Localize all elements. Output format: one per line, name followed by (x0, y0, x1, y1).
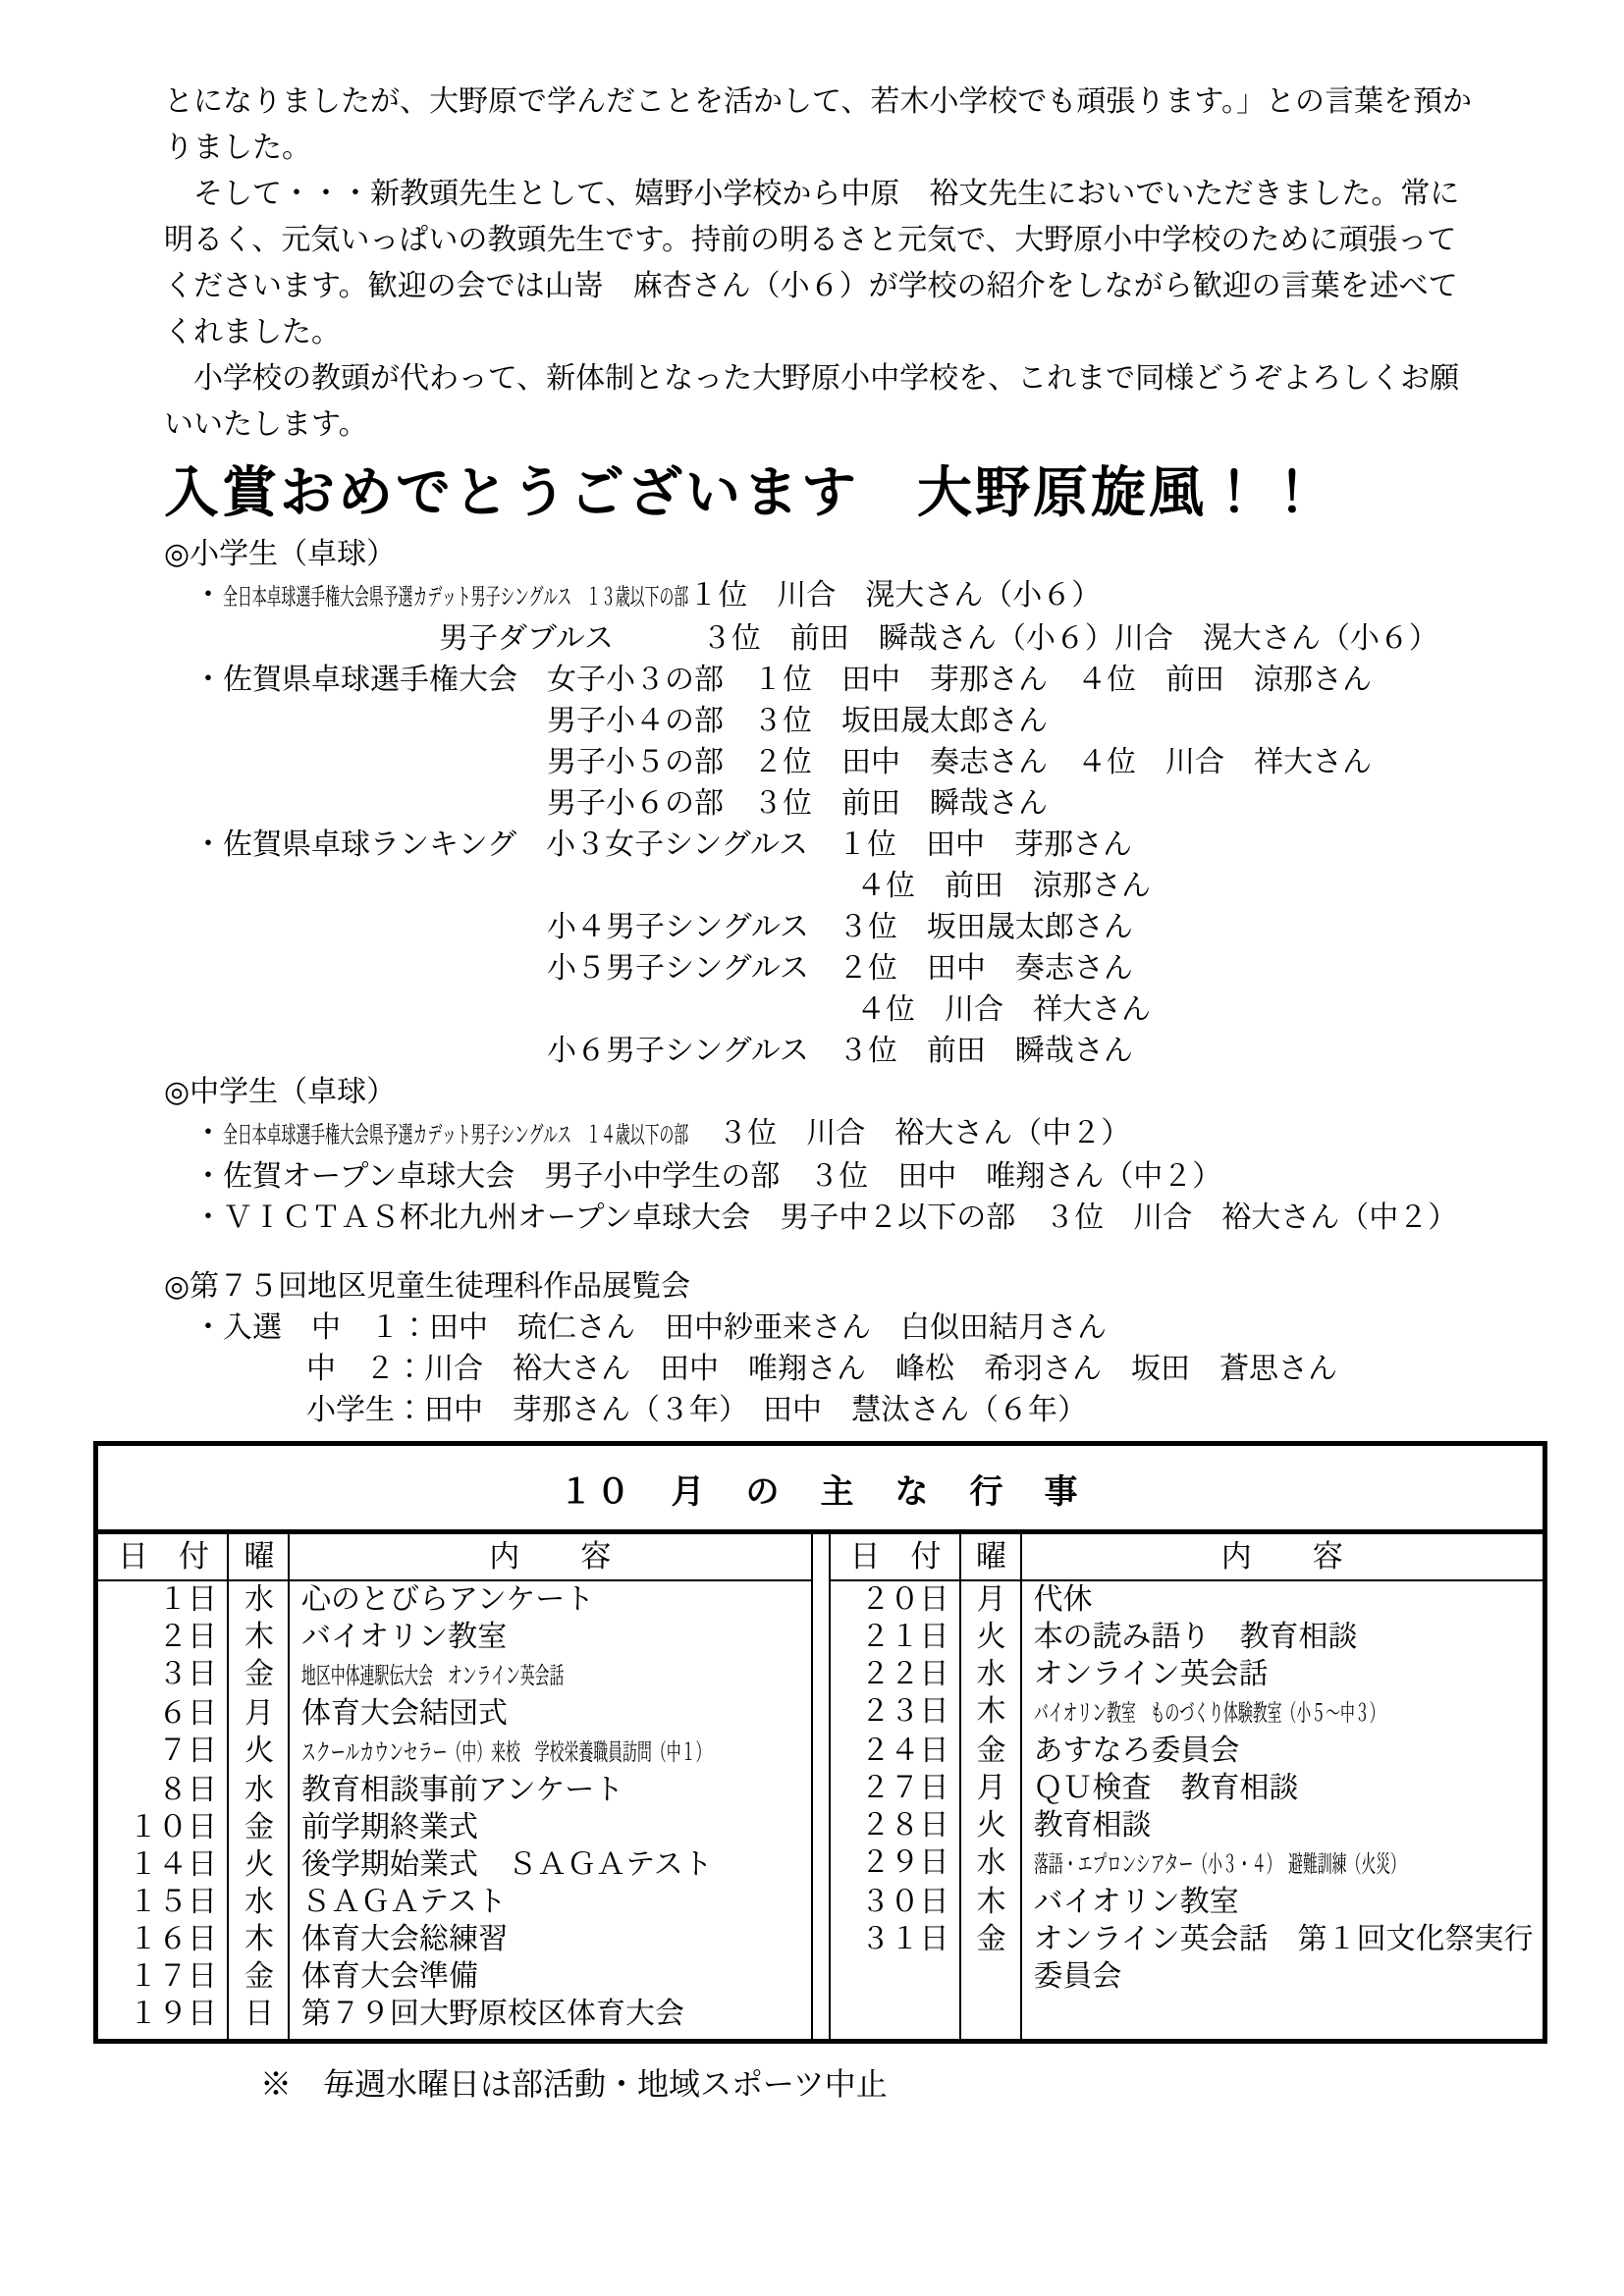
content-cell: ＳＡＧＡテスト (290, 1884, 811, 1921)
event-row: ２８日火教育相談 (831, 1807, 1543, 1844)
date-column-header: 日 付 (831, 1534, 961, 1579)
column-divider (227, 1534, 229, 2039)
events-right-header: 日 付 曜 内 容 (831, 1534, 1543, 1581)
column-divider (1020, 1534, 1022, 2039)
content-cell: 体育大会結団式 (290, 1695, 811, 1733)
award-line: ・佐賀県卓球選手権大会 女子小３の部 １位 田中 芽那さん ４位 前田 涼那さん (193, 660, 1526, 701)
event-row: ８日水教育相談事前アンケート (98, 1772, 811, 1809)
event-row: １日水心のとびらアンケート (98, 1581, 811, 1619)
content-column-header: 内 容 (290, 1534, 811, 1579)
date-cell: ７日 (98, 1733, 229, 1772)
text-span: 中 ２：川合 裕大さん 田中 唯翔さん 峰松 希羽さん 坂田 蒼思さん (306, 1353, 1337, 1385)
day-cell: 日 (229, 1996, 290, 2033)
text-span: ３位 川合 裕大さん（中２） (688, 1117, 1130, 1149)
date-cell: ２２日 (831, 1656, 961, 1693)
paragraph-line: くれました。 (164, 309, 1526, 355)
text-span: ４位 川合 祥大さん (856, 993, 1151, 1026)
award-line: 男子小４の部 ３位 坂田晟太郎さん (547, 701, 1526, 742)
paragraph-line: くださいます。歓迎の会では山嵜 麻杏さん（小６）が学校の紹介をしながら歓迎の言葉… (164, 263, 1526, 309)
text-span: 男子小４の部 ３位 坂田晟太郎さん (547, 705, 1048, 737)
award-line: 小６男子シングルス ３位 前田 瞬哉さん (547, 1031, 1526, 1072)
events-left-half: 日 付 曜 内 容 １日水心のとびらアンケート２日木バイオリン教室３日金地区中体… (98, 1534, 813, 2039)
day-cell: 火 (961, 1807, 1022, 1844)
award-line: ・ＶＩＣＴＡＳ杯北九州オープン卓球大会 男子中２以下の部 ３位 川合 裕大さん（… (193, 1198, 1526, 1239)
condensed-text: 全日本卓球選手権大会県予選カデット男子シングルス １４歳以下の部 (223, 1115, 688, 1156)
day-cell: 木 (961, 1884, 1022, 1921)
date-cell: １４日 (98, 1846, 229, 1884)
condensed-text: 全日本卓球選手権大会県予選カデット男子シングルス １３歳以下の部 (223, 577, 688, 618)
content-cell: オンライン英会話 第１回文化祭実行委員会 (1022, 1921, 1543, 1996)
date-cell: ２０日 (831, 1581, 961, 1619)
content-cell: 体育大会準備 (290, 1958, 811, 1996)
date-cell: ２１日 (831, 1619, 961, 1656)
date-cell: １９日 (98, 1996, 229, 2033)
day-cell: 木 (961, 1693, 1022, 1733)
award-line: 男子小５の部 ２位 田中 奏志さん ４位 川合 祥大さん (547, 742, 1526, 783)
condensed-text: 地区中体連駅伝大会 オンライン英会話 (301, 1658, 564, 1695)
content-column-header: 内 容 (1022, 1534, 1543, 1579)
event-row: ２４日金あすなろ委員会 (831, 1733, 1543, 1770)
paragraph-line: 小学校の教頭が代わって、新体制となった大野原小中学校を、これまで同様どうぞよろし… (164, 355, 1526, 401)
text-span: 小４男子シングルス ３位 坂田晟太郎さん (547, 911, 1133, 943)
event-row: ２０日月代休 (831, 1581, 1543, 1619)
section-heading: ◎第７５回地区児童生徒理科作品展覧会 (164, 1266, 1526, 1308)
day-cell: 金 (961, 1733, 1022, 1770)
award-line: ・佐賀県卓球ランキング 小３女子シングルス １位 田中 芽那さん (193, 825, 1526, 866)
text-span: 小６男子シングルス ３位 前田 瞬哉さん (547, 1035, 1133, 1067)
text-span: 男子小６の部 ３位 前田 瞬哉さん (547, 787, 1048, 820)
text-span: 男子ダブルス ３位 前田 瞬哉さん（小６）川合 滉大さん（小６） (439, 622, 1438, 655)
event-row: ２２日水オンライン英会話 (831, 1656, 1543, 1693)
event-row: ２３日木バイオリン教室 ものづくり体験教室（小５～中３） (831, 1693, 1543, 1733)
day-cell: 火 (961, 1619, 1022, 1656)
day-cell: 水 (961, 1844, 1022, 1884)
day-cell: 火 (229, 1733, 290, 1772)
day-cell: 水 (229, 1772, 290, 1809)
content-cell: あすなろ委員会 (1022, 1733, 1543, 1770)
event-row: １９日日第７９回大野原校区体育大会 (98, 1996, 811, 2033)
content-cell: 体育大会総練習 (290, 1921, 811, 1958)
date-cell: ２３日 (831, 1693, 961, 1733)
content-cell: 前学期終業式 (290, 1809, 811, 1846)
day-cell: 金 (229, 1809, 290, 1846)
events-table: １０ 月 の 主 な 行 事 日 付 曜 内 容 １日水心のとびらアンケート２日… (93, 1441, 1547, 2044)
text-span: 男子小５の部 ２位 田中 奏志さん ４位 川合 祥大さん (547, 746, 1372, 778)
text-span: ・佐賀県卓球ランキング 小３女子シングルス １位 田中 芽那さん (193, 828, 1132, 861)
text-span: ◎第７５回地区児童生徒理科作品展覧会 (164, 1270, 690, 1303)
award-line: ・入選 中 １：田中 琉仁さん 田中紗亜来さん 白似田結月さん (193, 1308, 1526, 1349)
event-row: ２７日月ＱＵ検査 教育相談 (831, 1770, 1543, 1807)
intro-paragraphs: とになりましたが、大野原で学んだことを活かして、若木小学校でも頑張ります。」との… (164, 79, 1526, 448)
event-row: １０日金前学期終業式 (98, 1809, 811, 1846)
event-row: ７日火スクールカウンセラー（中）来校 学校栄養職員訪問（中１） (98, 1733, 811, 1772)
day-cell: 水 (229, 1581, 290, 1619)
award-line: ・佐賀オープン卓球大会 男子小中学生の部 ３位 田中 唯翔さん（中２） (193, 1156, 1526, 1198)
day-cell: 金 (229, 1656, 290, 1695)
section-heading: ◎小学生（卓球） (164, 534, 1526, 575)
content-cell: 教育相談事前アンケート (290, 1772, 811, 1809)
date-cell: ３１日 (831, 1921, 961, 1996)
newsletter-page: とになりましたが、大野原で学んだことを活かして、若木小学校でも頑張ります。」との… (0, 0, 1624, 2296)
paragraph-line: とになりましたが、大野原で学んだことを活かして、若木小学校でも頑張ります。」との… (164, 79, 1526, 125)
award-line: 男子小６の部 ３位 前田 瞬哉さん (547, 783, 1526, 825)
condensed-text: 落語・エプロンシアター（小３・４） 避難訓練（火災） (1034, 1846, 1405, 1884)
event-row: ３０日木バイオリン教室 (831, 1884, 1543, 1921)
date-cell: ３日 (98, 1656, 229, 1695)
text-span: １位 川合 滉大さん（小６） (688, 579, 1101, 612)
column-divider (959, 1534, 961, 2039)
content-cell: 本の読み語り 教育相談 (1022, 1619, 1543, 1656)
content-cell: ＱＵ検査 教育相談 (1022, 1770, 1543, 1807)
condensed-text: バイオリン教室 ものづくり体験教室（小５～中３） (1034, 1695, 1384, 1733)
text-span: ・ (193, 579, 223, 612)
event-row: ６日月体育大会結団式 (98, 1695, 811, 1733)
date-cell: ２日 (98, 1619, 229, 1656)
events-table-title: １０ 月 の 主 な 行 事 (98, 1446, 1543, 1534)
date-cell: １７日 (98, 1958, 229, 1996)
award-line: 男子ダブルス ３位 前田 瞬哉さん（小６）川合 滉大さん（小６） (439, 618, 1526, 660)
date-cell: ８日 (98, 1772, 229, 1809)
date-cell: １５日 (98, 1884, 229, 1921)
text-span: 小学生：田中 芽那さん（３年） 田中 慧汰さん（６年） (306, 1394, 1087, 1426)
event-row: ３日金地区中体連駅伝大会 オンライン英会話 (98, 1656, 811, 1695)
footnote: ※ 毎週水曜日は部活動・地域スポーツ中止 (260, 2059, 1526, 2105)
award-line: 中 ２：川合 裕大さん 田中 唯翔さん 峰松 希羽さん 坂田 蒼思さん (306, 1349, 1526, 1390)
day-cell: 月 (229, 1695, 290, 1733)
award-line: ・全日本卓球選手権大会県予選カデット男子シングルス １４歳以下の部 ３位 川合 … (193, 1113, 1526, 1156)
date-cell: ２９日 (831, 1844, 961, 1884)
event-row: １４日火後学期始業式 ＳＡＧＡテスト (98, 1846, 811, 1884)
day-column-header: 曜 (229, 1534, 290, 1579)
paragraph-line: りました。 (164, 125, 1526, 171)
day-cell: 木 (229, 1921, 290, 1958)
text-span: ４位 前田 涼那さん (856, 870, 1151, 902)
event-row: ２日木バイオリン教室 (98, 1619, 811, 1656)
day-cell: 火 (229, 1846, 290, 1884)
event-row: ３１日金オンライン英会話 第１回文化祭実行委員会 (831, 1921, 1543, 1996)
date-cell: ２８日 (831, 1807, 961, 1844)
text-span: ・佐賀県卓球選手権大会 女子小３の部 １位 田中 芽那さん ４位 前田 涼那さん (193, 664, 1372, 696)
events-left-header: 日 付 曜 内 容 (98, 1534, 811, 1581)
text-span: ・ＶＩＣＴＡＳ杯北九州オープン卓球大会 男子中２以下の部 ３位 川合 裕大さん（… (193, 1201, 1457, 1234)
content-cell: 地区中体連駅伝大会 オンライン英会話 (290, 1656, 811, 1695)
event-row: １５日水ＳＡＧＡテスト (98, 1884, 811, 1921)
content-cell: 後学期始業式 ＳＡＧＡテスト (290, 1846, 811, 1884)
column-divider (288, 1534, 290, 2039)
text-span: ◎小学生（卓球） (164, 538, 396, 570)
text-span: ・入選 中 １：田中 琉仁さん 田中紗亜来さん 白似田結月さん (193, 1311, 1107, 1344)
content-cell: バイオリン教室 (1022, 1884, 1543, 1921)
content-cell: バイオリン教室 ものづくり体験教室（小５～中３） (1022, 1693, 1543, 1733)
text-span: ・ (193, 1117, 223, 1149)
award-line: ・全日本卓球選手権大会県予選カデット男子シングルス １３歳以下の部１位 川合 滉… (193, 575, 1526, 618)
paragraph-line: そして・・・新教頭先生として、嬉野小学校から中原 裕文先生においでいただきました… (164, 171, 1526, 217)
day-cell: 金 (229, 1958, 290, 1996)
date-cell: １６日 (98, 1921, 229, 1958)
text-span: ・佐賀オープン卓球大会 男子小中学生の部 ３位 田中 唯翔さん（中２） (193, 1160, 1221, 1193)
event-row: ２９日水落語・エプロンシアター（小３・４） 避難訓練（火災） (831, 1844, 1543, 1884)
paragraph-line: 明るく、元気いっぱいの教頭先生です。持前の明るさと元気で、大野原小中学校のために… (164, 217, 1526, 263)
date-cell: １日 (98, 1581, 229, 1619)
award-line: 小５男子シングルス ２位 田中 奏志さん (547, 948, 1526, 989)
paragraph-line: いいたします。 (164, 401, 1526, 448)
date-cell: １０日 (98, 1809, 229, 1846)
event-row: １７日金体育大会準備 (98, 1958, 811, 1996)
events-right-half: 日 付 曜 内 容 ２０日月代休２１日火本の読み語り 教育相談２２日水オンライン… (829, 1534, 1543, 2039)
day-column-header: 曜 (961, 1534, 1022, 1579)
event-row: １６日木体育大会総練習 (98, 1921, 811, 1958)
content-cell: 心のとびらアンケート (290, 1581, 811, 1619)
content-cell: 教育相談 (1022, 1807, 1543, 1844)
day-cell: 金 (961, 1921, 1022, 1996)
content-cell: スクールカウンセラー（中）来校 学校栄養職員訪問（中１） (290, 1733, 811, 1772)
content-cell: 代休 (1022, 1581, 1543, 1619)
content-cell: 第７９回大野原校区体育大会 (290, 1996, 811, 2033)
day-cell: 木 (229, 1619, 290, 1656)
awards-heading: 入賞おめでとうございます 大野原旋風！！ (164, 461, 1526, 524)
events-table-body: 日 付 曜 内 容 １日水心のとびらアンケート２日木バイオリン教室３日金地区中体… (98, 1534, 1543, 2039)
date-cell: ６日 (98, 1695, 229, 1733)
content-cell: オンライン英会話 (1022, 1656, 1543, 1693)
date-cell: ２４日 (831, 1733, 961, 1770)
day-cell: 月 (961, 1581, 1022, 1619)
award-line: ４位 川合 祥大さん (856, 989, 1526, 1031)
text-span: ◎中学生（卓球） (164, 1076, 396, 1108)
award-line: ４位 前田 涼那さん (856, 866, 1526, 907)
day-cell: 月 (961, 1770, 1022, 1807)
date-cell: ２７日 (831, 1770, 961, 1807)
day-cell: 水 (229, 1884, 290, 1921)
date-column-header: 日 付 (98, 1534, 229, 1579)
condensed-text: スクールカウンセラー（中）来校 学校栄養職員訪問（中１） (301, 1735, 710, 1772)
date-cell: ３０日 (831, 1884, 961, 1921)
day-cell: 水 (961, 1656, 1022, 1693)
award-line: 小学生：田中 芽那さん（３年） 田中 慧汰さん（６年） (306, 1390, 1526, 1431)
award-line: 小４男子シングルス ３位 坂田晟太郎さん (547, 907, 1526, 948)
text-span: 小５男子シングルス ２位 田中 奏志さん (547, 952, 1133, 985)
content-cell: バイオリン教室 (290, 1619, 811, 1656)
content-cell: 落語・エプロンシアター（小３・４） 避難訓練（火災） (1022, 1844, 1543, 1884)
event-row: ２１日火本の読み語り 教育相談 (831, 1619, 1543, 1656)
section-heading: ◎中学生（卓球） (164, 1072, 1526, 1113)
awards-list: ◎小学生（卓球）・全日本卓球選手権大会県予選カデット男子シングルス １３歳以下の… (164, 534, 1526, 1431)
